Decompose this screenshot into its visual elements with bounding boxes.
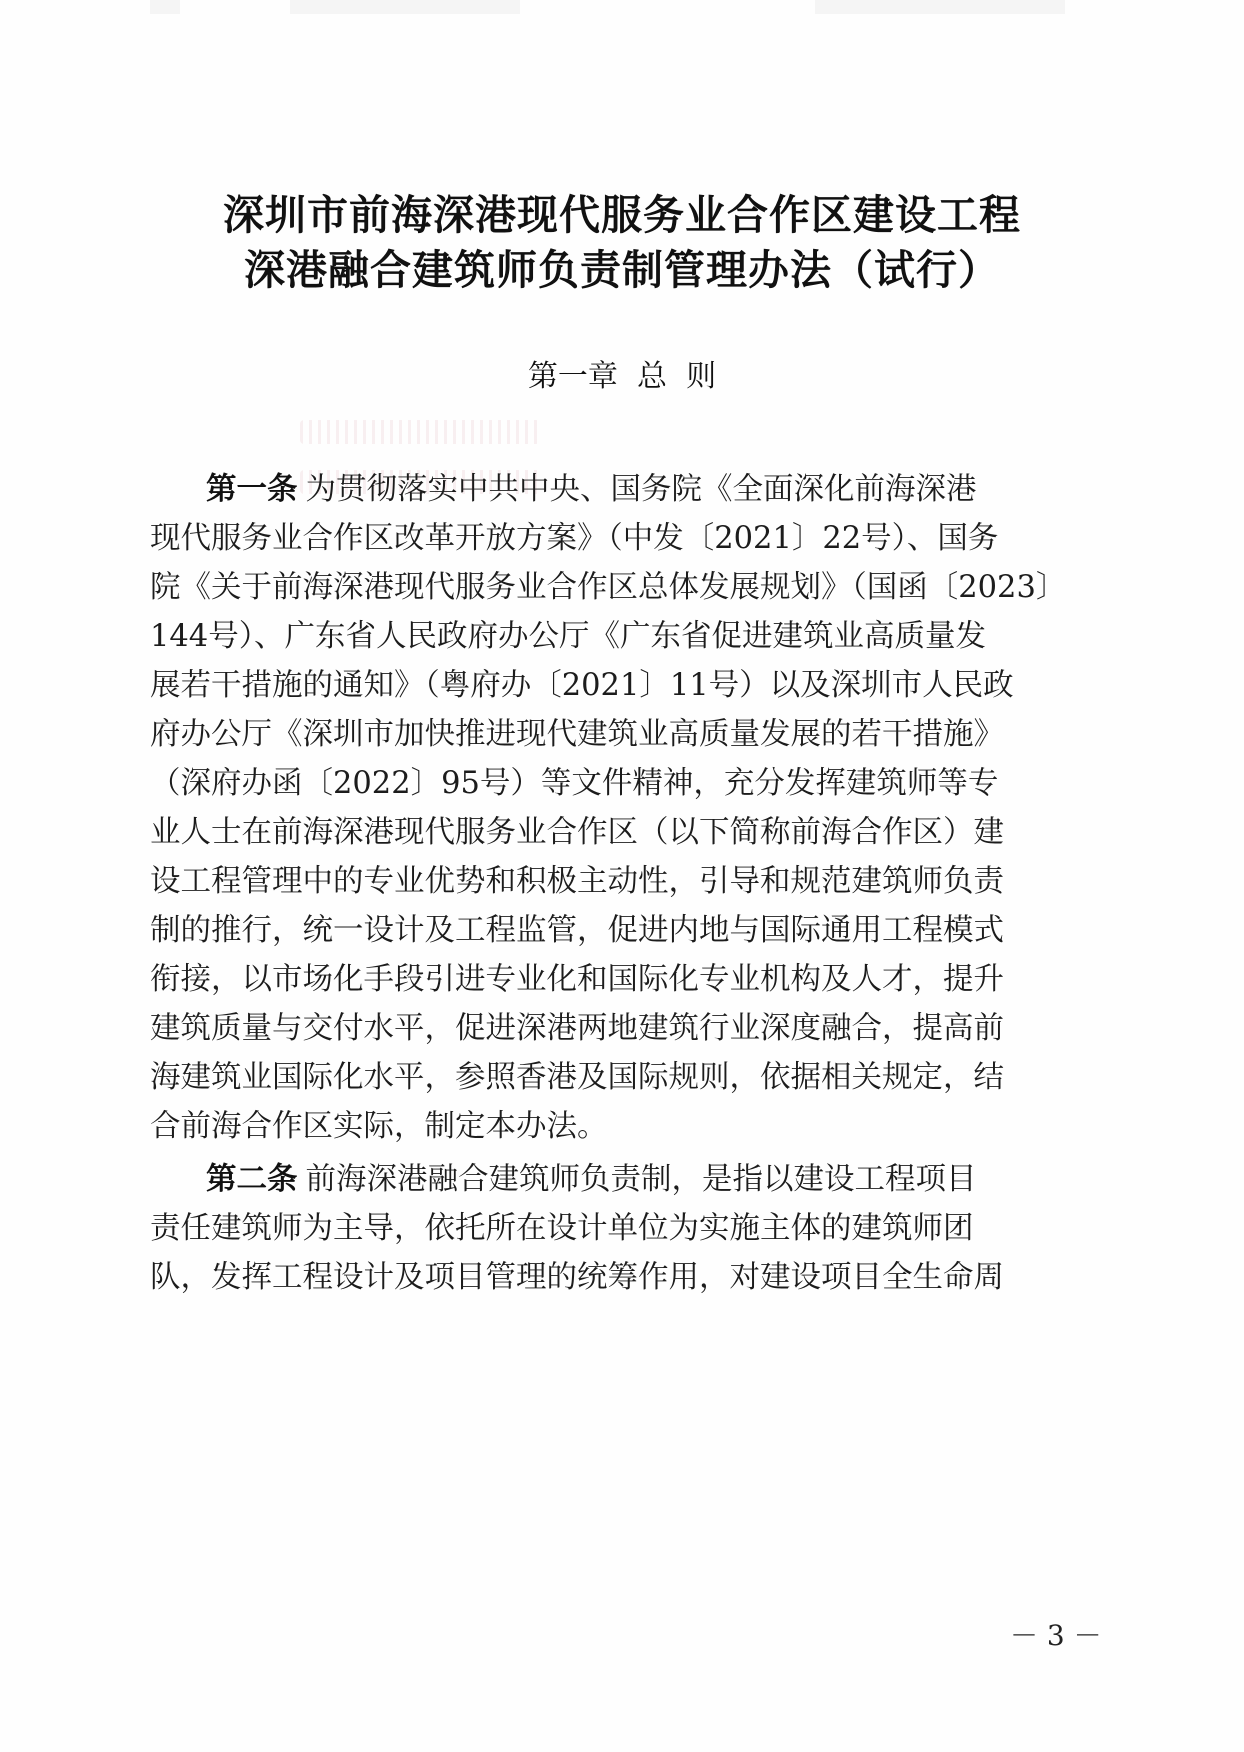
article-1-line: 制的推行，统一设计及工程监管，促进内地与国际通用工程模式 — [150, 911, 970, 951]
article-1-line: 业人士在前海深港现代服务业合作区（以下简称前海合作区）建 — [150, 813, 970, 853]
scan-artifact — [150, 0, 180, 14]
document-title-line-2: 深港融合建筑师负责制管理办法（试行） — [0, 250, 1244, 291]
article-2-line: 第二条前海深港融合建筑师负责制，是指以建设工程项目 — [206, 1160, 970, 1200]
scan-artifact — [815, 0, 1065, 14]
article-2-text: 前海深港融合建筑师负责制，是指以建设工程项目 — [306, 1162, 977, 1197]
faded-stamp-mark — [300, 420, 540, 444]
article-1-line: 海建筑业国际化水平，参照香港及国际规则，依据相关规定，结 — [150, 1058, 970, 1098]
article-2-line: 责任建筑师为主导，依托所在设计单位为实施主体的建筑师团 — [150, 1209, 970, 1249]
article-1-line: 144号）、广东省人民政府办公厅《广东省促进建筑业高质量发 — [150, 617, 970, 657]
article-1-label: 第一条 — [206, 472, 298, 507]
scan-artifact — [290, 0, 520, 14]
document-title-line-1: 深圳市前海深港现代服务业合作区建设工程 — [0, 195, 1244, 236]
article-1-line: 第一条为贯彻落实中共中央、国务院《全面深化前海深港 — [206, 470, 970, 510]
article-1-line: 现代服务业合作区改革开放方案》（中发〔2021〕22号）、国务 — [150, 519, 970, 559]
article-1-line: 建筑质量与交付水平，促进深港两地建筑行业深度融合，提高前 — [150, 1009, 970, 1049]
article-2-label: 第二条 — [206, 1162, 298, 1197]
article-2-line: 队，发挥工程设计及项目管理的统筹作用，对建设项目全生命周 — [150, 1258, 970, 1298]
chapter-heading: 第一章 总 则 — [0, 362, 1244, 392]
article-1-line: 衔接，以市场化手段引进专业化和国际化专业机构及人才，提升 — [150, 960, 970, 1000]
article-1-text: 为贯彻落实中共中央、国务院《全面深化前海深港 — [306, 472, 977, 507]
article-1-line: 展若干措施的通知》（粤府办〔2021〕11号）以及深圳市人民政 — [150, 666, 970, 706]
article-1-line: 府办公厅《深圳市加快推进现代建筑业高质量发展的若干措施》 — [150, 715, 970, 755]
article-1-line: 院《关于前海深港现代服务业合作区总体发展规划》（国函〔2023〕 — [150, 568, 970, 608]
article-1-line: 合前海合作区实际，制定本办法。 — [150, 1107, 970, 1147]
article-1-line: 设工程管理中的专业优势和积极主动性，引导和规范建筑师负责 — [150, 862, 970, 902]
article-1-line: （深府办函〔2022〕95号）等文件精神，充分发挥建筑师等专 — [150, 764, 970, 804]
document-page: 深圳市前海深港现代服务业合作区建设工程 深港融合建筑师负责制管理办法（试行） 第… — [0, 0, 1244, 1752]
page-number: － 3 － — [1010, 1614, 1102, 1654]
